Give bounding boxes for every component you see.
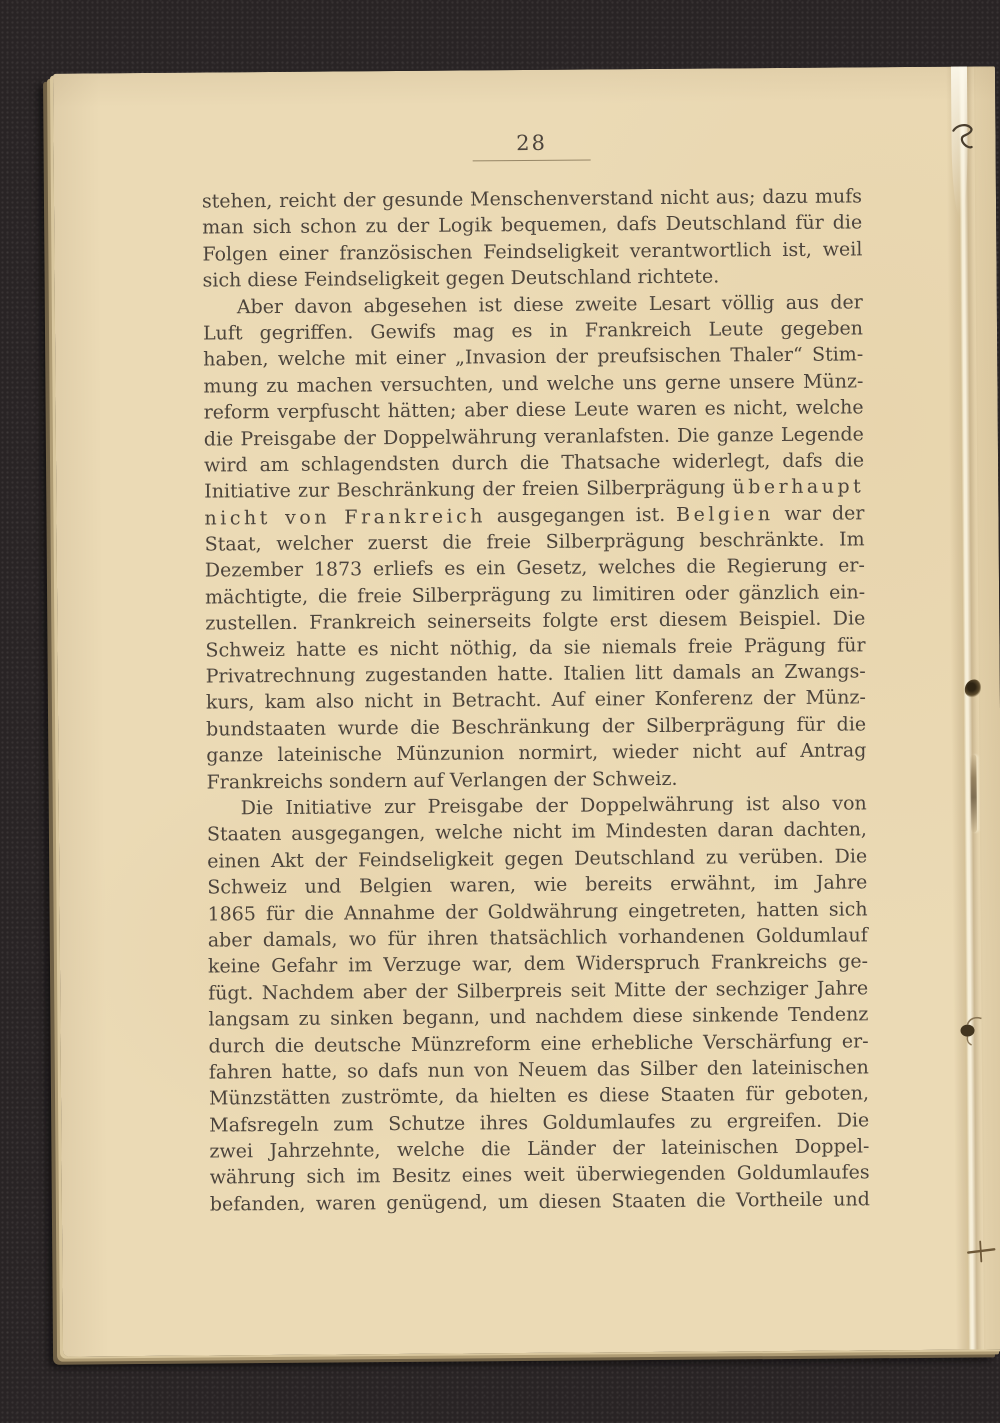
text-segment: aber damals, wo für ihren thatsächlich v… [208,924,868,951]
text-segment: wird am schlagendsten durch die Thatsach… [204,449,864,476]
text-segment: ausgegangen ist. [486,504,676,527]
page-number: 28 [201,127,861,158]
text-segment: Aber davon abgesehen ist diese zweite Le… [237,291,863,318]
scan-backdrop: { "document": { "page_number": "28" }, "… [0,0,1000,1423]
crease-scratch [970,754,977,832]
text-segment: Luft gegriffen. Gewifs mag es in Frankre… [203,317,863,344]
text-segment: zwei Jahrzehnte, welche die Länder der l… [209,1135,869,1162]
text-segment: Initiative zur Beschränkung der freien S… [204,477,732,503]
text-segment: mung zu machen versuchten, und welche un… [203,370,863,397]
text-segment: mächtigte, die freie Silberprägung zu li… [205,581,865,608]
text-segment: kurs, kam also nicht in Betracht. Auf ei… [206,687,866,714]
text-segment: Dezember 1873 erliefs es ein Gesetz, wel… [205,555,865,582]
book-page: 28 stehen, reicht der gesunde Menschenve… [53,66,1000,1356]
text-segment: Privatrechnung zugestanden hatte. Italie… [206,660,866,687]
text-segment: Schweiz hatte es nicht nöthig, da sie ni… [205,634,865,661]
text-segment: Schweiz und Belgien waren, wie bereits e… [207,872,867,899]
ink-mark [951,122,975,152]
text-segment: befanden, waren genügend, um diesen Staa… [210,1188,870,1215]
letterspaced-text: Belgien [676,503,774,526]
text-segment: durch die deutsche Münzreform eine erheb… [209,1030,869,1057]
text-segment: reform verpfuscht hätten; aber diese Leu… [204,396,864,423]
text-segment: Folgen einer französischen Feindseligkei… [202,238,862,265]
text-segment: keine Gefahr im Verzuge war, dem Widersp… [208,951,868,978]
letterspaced-text: überhaupt [732,476,864,499]
text-segment: zustellen. Frankreich seinerseits folgte… [205,608,865,635]
text-segment: stehen, reicht der gesunde Menschenverst… [202,185,862,212]
text-segment: haben, welche mit einer „Invasion der pr… [203,344,863,371]
text-segment: Staat, welcher zuerst die freie Silberpr… [205,528,865,555]
text-segment: währung sich im Besitz eines weit überwi… [210,1162,870,1189]
text-segment: bundstaaten wurde die Beschränkung der S… [206,713,866,740]
text-segment: 1865 für die Annahme der Goldwährung ein… [207,898,867,925]
text-segment: langsam zu sinken begann, und nachdem di… [208,1003,868,1030]
page-number-rule [473,159,591,161]
thread-cross [966,1238,996,1264]
text-line: ganze lateinische Münzunion normirt, wie… [206,738,866,770]
text-segment: Mafsregeln zum Schutze ihres Goldumlaufe… [209,1109,869,1136]
text-segment: die Preisgabe der Doppelwährung veranlaf… [204,423,864,450]
text-segment: Die Initiative zur Preisgabe der Doppelw… [241,792,867,819]
text-segment: Frankreichs sondern auf Verlangen der Sc… [206,767,677,793]
text-segment: sich diese Feindseligkeit gegen Deutschl… [203,266,720,292]
text-block: stehen, reicht der gesunde Menschenverst… [202,183,870,1217]
text-segment: war der [774,502,865,525]
text-segment: fahren hatte, so dafs nun von Neuem das … [209,1056,869,1083]
text-line: befanden, waren genügend, um diesen Staa… [210,1186,870,1218]
text-segment: man sich schon zu der Logik bequemen, da… [202,212,862,239]
text-segment: Staaten ausgegangen, welche nicht im Min… [207,819,867,846]
text-segment: einen Akt der Feindseligkeit gegen Deuts… [207,845,867,872]
letterspaced-text: nicht von Frankreich [204,505,486,529]
page-header: 28 [201,127,861,163]
stitch-hole-thread [954,1014,990,1046]
text-line: Folgen einer französischen Feindseligkei… [202,236,862,268]
text-segment: Münzstätten zuströmte, da hielten es die… [209,1083,869,1110]
text-segment: ganze lateinische Münzunion normirt, wie… [206,740,866,767]
text-segment: fügt. Nachdem aber der Silberpreis seit … [208,977,868,1004]
